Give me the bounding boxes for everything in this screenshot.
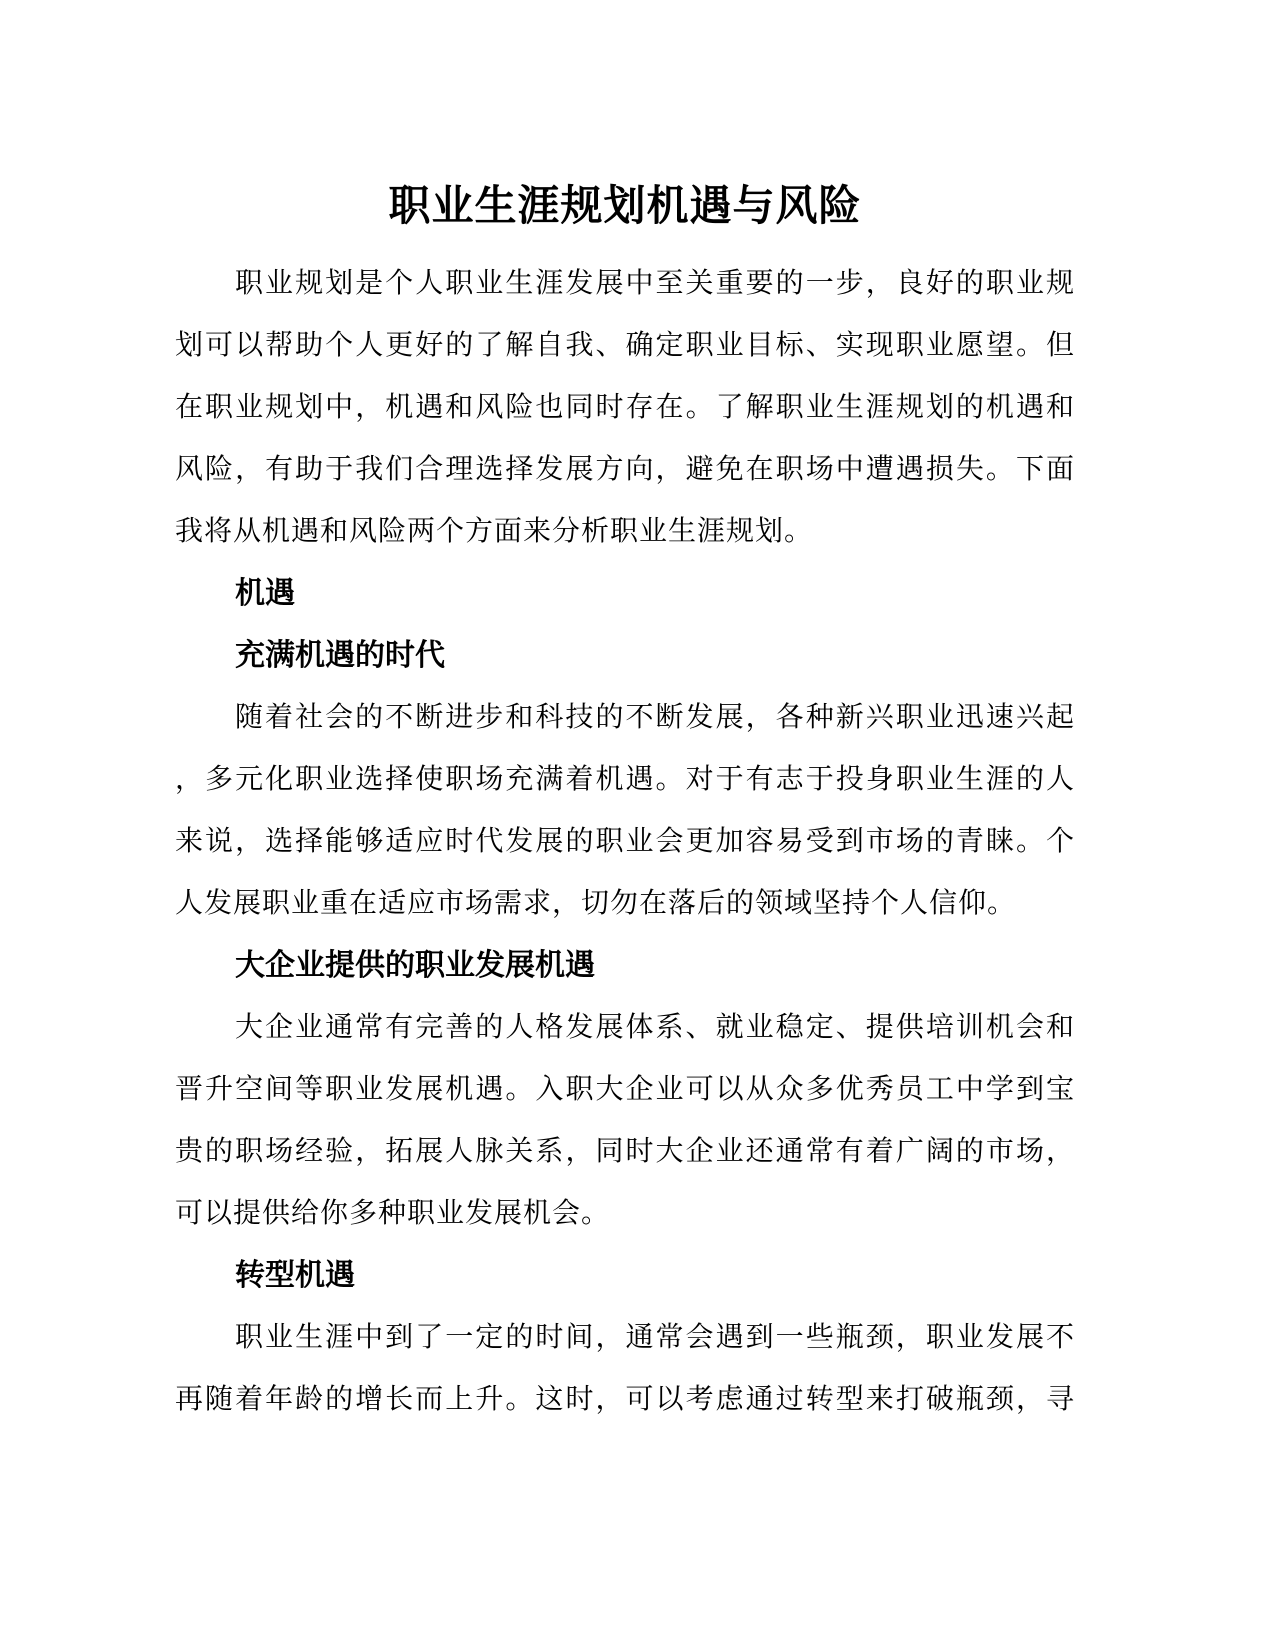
subsection-heading-big-company-opportunities: 大企业提供的职业发展机遇 bbox=[175, 935, 1075, 997]
document-page: 职业生涯规划机遇与风险 职业规划是个人职业生涯发展中至关重要的一步，良好的职业规… bbox=[0, 0, 1275, 1650]
text-line: 职业规划是个人职业生涯发展中至关重要的一步，良好的职业规 bbox=[175, 253, 1075, 315]
text-line: 来说，选择能够适应时代发展的职业会更加容易受到市场的青睐。个 bbox=[175, 811, 1075, 873]
subsection-heading-transformation-opportunity: 转型机遇 bbox=[175, 1245, 1075, 1307]
text-line: ，多元化职业选择使职场充满着机遇。对于有志于投身职业生涯的人 bbox=[175, 749, 1075, 811]
paragraph-transformation-opportunity: 职业生涯中到了一定的时间，通常会遇到一些瓶颈，职业发展不 再随着年龄的增长而上升… bbox=[175, 1307, 1075, 1431]
paragraph-big-company-opportunities: 大企业通常有完善的人格发展体系、就业稳定、提供培训机会和 晋升空间等职业发展机遇… bbox=[175, 997, 1075, 1245]
text-line: 可以提供给你多种职业发展机会。 bbox=[175, 1183, 1075, 1245]
title-segment: 规 bbox=[560, 184, 603, 230]
text-line: 我将从机遇和风险两个方面来分析职业生涯规划。 bbox=[175, 501, 1075, 563]
title-segment: 划机遇与 bbox=[604, 181, 776, 230]
paragraph-era-of-opportunity: 随着社会的不断进步和科技的不断发展，各种新兴职业迅速兴起 ，多元化职业选择使职场… bbox=[175, 687, 1075, 935]
text-line: 在职业规划中，机遇和风险也同时存在。了解职业生涯规划的机遇和 bbox=[175, 377, 1075, 439]
subsection-heading-era-of-opportunity: 充满机遇的时代 bbox=[175, 625, 1075, 687]
text-line: 再随着年龄的增长而上升。这时，可以考虑通过转型来打破瓶颈，寻 bbox=[175, 1369, 1075, 1431]
text-line: 随着社会的不断进步和科技的不断发展，各种新兴职业迅速兴起 bbox=[175, 687, 1075, 749]
title-segment: 风险 bbox=[776, 184, 862, 230]
title-segment: 生涯 bbox=[474, 181, 560, 230]
text-line: 职业生涯中到了一定的时间，通常会遇到一些瓶颈，职业发展不 bbox=[175, 1307, 1075, 1369]
paragraph-intro: 职业规划是个人职业生涯发展中至关重要的一步，良好的职业规 划可以帮助个人更好的了… bbox=[175, 253, 1075, 563]
text-line: 人发展职业重在适应市场需求，切勿在落后的领域坚持个人信仰。 bbox=[175, 873, 1075, 935]
title-segment: 职业 bbox=[388, 184, 474, 230]
text-line: 大企业通常有完善的人格发展体系、就业稳定、提供培训机会和 bbox=[175, 997, 1075, 1059]
text-line: 贵的职场经验，拓展人脉关系，同时大企业还通常有着广阔的市场， bbox=[175, 1121, 1075, 1183]
section-heading-opportunities: 机遇 bbox=[175, 563, 1075, 625]
text-line: 晋升空间等职业发展机遇。入职大企业可以从众多优秀员工中学到宝 bbox=[175, 1059, 1075, 1121]
document-title: 职业生涯规划机遇与风险 bbox=[175, 170, 1075, 243]
text-line: 划可以帮助个人更好的了解自我、确定职业目标、实现职业愿望。但 bbox=[175, 315, 1075, 377]
text-line: 风险，有助于我们合理选择发展方向，避免在职场中遭遇损失。下面 bbox=[175, 439, 1075, 501]
